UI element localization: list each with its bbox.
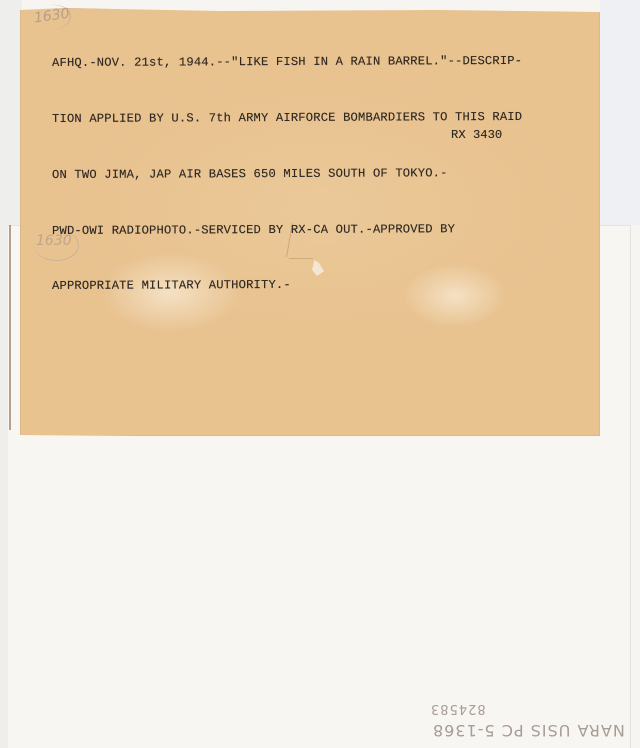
annotation-line: NARA USIS PC 5-1368 <box>432 721 625 740</box>
scan-background <box>600 0 640 225</box>
caption-line: AFHQ.-NOV. 21st, 1944.--"LIKE FISH IN A … <box>52 52 522 73</box>
caption-line: ON TWO JIMA, JAP AIR BASES 650 MILES SOU… <box>52 164 522 185</box>
paper-crease <box>289 258 313 259</box>
caption-line: PWD-OWI RADIOPHOTO.-SERVICED BY RX-CA OU… <box>52 219 522 240</box>
typed-caption: AFHQ.-NOV. 21st, 1944.--"LIKE FISH IN A … <box>52 17 522 315</box>
upside-down-archival-annotation: NARA USIS PC 5-1368 824583 <box>430 700 630 740</box>
caption-line: TION APPLIED BY U.S. 7th ARMY AIRFORCE B… <box>52 108 522 129</box>
reference-code: RX 3430 <box>451 128 502 142</box>
paper-edge-shadow <box>9 225 11 430</box>
annotation-line: 824583 <box>430 701 486 716</box>
caption-line: APPROPRIATE MILITARY AUTHORITY.- <box>52 275 522 296</box>
